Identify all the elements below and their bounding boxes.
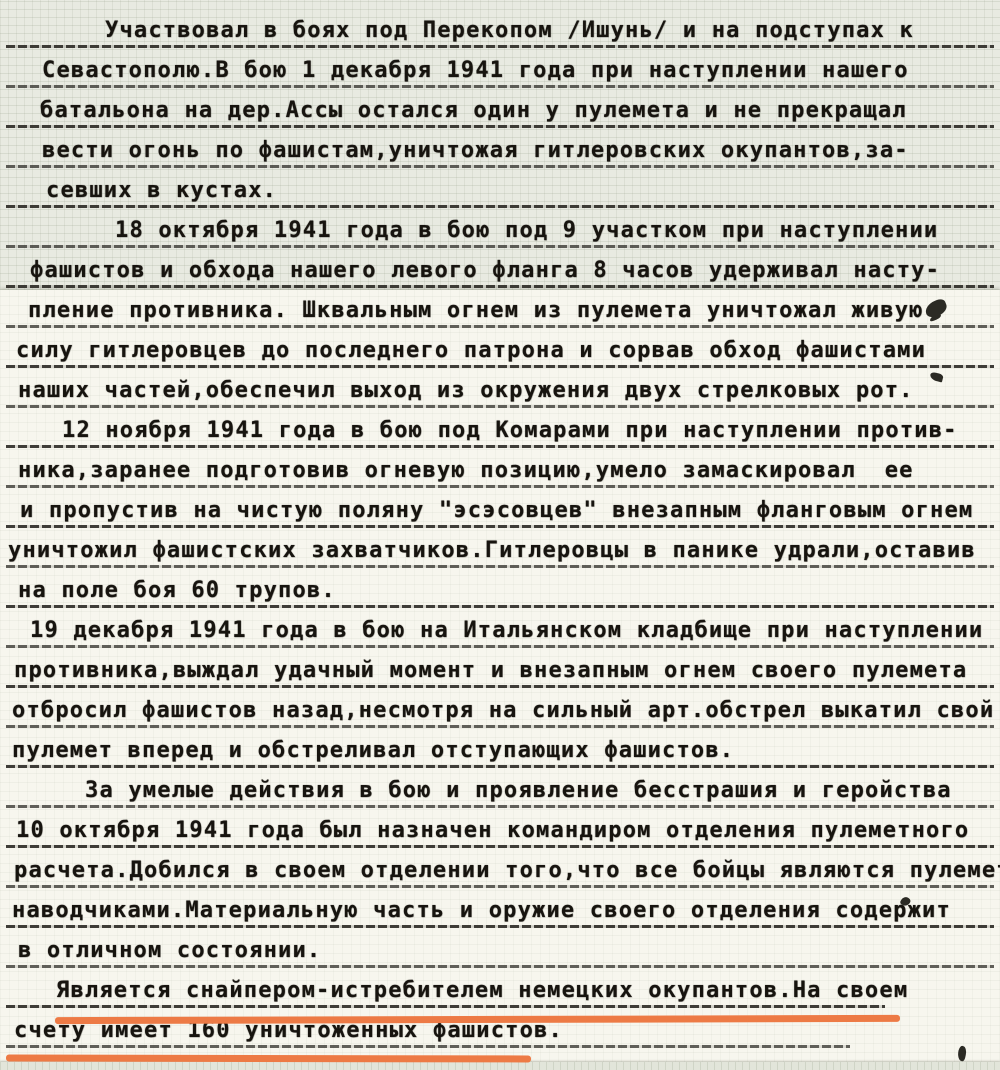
line-text: Является снайпером-истребителем немецких… [56, 978, 908, 1003]
line-text: 12 ноября 1941 года в бою под Комарами п… [62, 418, 958, 443]
text-line: севших в кустах. [0, 168, 1000, 208]
line-text: уничтожил фашистских захватчиков.Гитлеро… [8, 538, 976, 563]
line-text: противника,выждал удачный момент и внеза… [14, 658, 967, 683]
line-text: в отличном состоянии. [18, 938, 321, 963]
line-text: севших в кустах. [46, 178, 277, 203]
text-line: пулемет вперед и обстреливал отступающих… [0, 728, 1000, 768]
text-line: батальона на дер.Ассы остался один у пул… [0, 88, 1000, 128]
line-text: пление противника. Шквальным огнем из пу… [28, 298, 924, 323]
line-text: и пропустив на чистую поляну "эсэсовцев"… [20, 498, 973, 523]
text-block: Участвовал в боях под Перекопом /Ишунь/ … [0, 8, 1000, 1048]
text-line: отбросил фашистов назад,несмотря на силь… [0, 688, 1000, 728]
line-text: Участвовал в боях под Перекопом /Ишунь/ … [105, 18, 914, 43]
text-line: Участвовал в боях под Перекопом /Ишунь/ … [0, 8, 1000, 48]
line-text: 18 октября 1941 года в бою под 9 участко… [115, 218, 938, 243]
red-underline [6, 1055, 531, 1063]
line-text: Севастополю.В бою 1 декабря 1941 года пр… [42, 58, 909, 83]
line-text: наводчиками.Материальную часть и оружие … [12, 898, 951, 923]
text-line: в отличном состоянии. [0, 928, 1000, 968]
line-text: отбросил фашистов назад,несмотря на силь… [12, 698, 994, 723]
line-text: батальона на дер.Ассы остался один у пул… [40, 98, 907, 123]
text-line: на поле боя 60 трупов. [0, 568, 1000, 608]
text-line: 18 октября 1941 года в бою под 9 участко… [0, 208, 1000, 248]
line-text: фашистов и обхода нашего левого фланга 8… [30, 258, 940, 283]
line-text: расчета.Добился в своем отделении того,ч… [14, 858, 1000, 883]
text-line: Является снайпером-истребителем немецких… [0, 968, 1000, 1008]
document-scan: Участвовал в боях под Перекопом /Ишунь/ … [0, 0, 1000, 1070]
line-text: наших частей,обеспечил выход из окружени… [18, 378, 914, 403]
text-line: ника,заранее подготовив огневую позицию,… [0, 448, 1000, 488]
line-text: вести огонь по фашистам,уничтожая гитлер… [42, 138, 909, 163]
text-line: наших частей,обеспечил выход из окружени… [0, 368, 1000, 408]
text-line: противника,выждал удачный момент и внеза… [0, 648, 1000, 688]
text-line: уничтожил фашистских захватчиков.Гитлеро… [0, 528, 1000, 568]
text-line: наводчиками.Материальную часть и оружие … [0, 888, 1000, 928]
line-text: За умелые действия в бою и проявление бе… [85, 778, 952, 803]
line-text: силу гитлеровцев до последнего патрона и… [16, 338, 926, 363]
line-text: пулемет вперед и обстреливал отступающих… [12, 738, 734, 763]
paper-fragment-bottom-edge [0, 1062, 1000, 1070]
line-text: 19 декабря 1941 года в бою на Итальянско… [30, 618, 983, 643]
text-line: За умелые действия в бою и проявление бе… [0, 768, 1000, 808]
line-text: 10 октября 1941 года был назначен команд… [16, 818, 969, 843]
text-line: счету имеет 160 уничтоженных фашистов. [0, 1008, 1000, 1048]
line-text: ника,заранее подготовив огневую позицию,… [18, 458, 914, 483]
text-line: силу гитлеровцев до последнего патрона и… [0, 328, 1000, 368]
text-line: пление противника. Шквальным огнем из пу… [0, 288, 1000, 328]
text-line: расчета.Добился в своем отделении того,ч… [0, 848, 1000, 888]
text-line: вести огонь по фашистам,уничтожая гитлер… [0, 128, 1000, 168]
text-line: фашистов и обхода нашего левого фланга 8… [0, 248, 1000, 288]
text-line: Севастополю.В бою 1 декабря 1941 года пр… [0, 48, 1000, 88]
text-line: 19 декабря 1941 года в бою на Итальянско… [0, 608, 1000, 648]
text-line: 10 октября 1941 года был назначен команд… [0, 808, 1000, 848]
text-line: и пропустив на чистую поляну "эсэсовцев"… [0, 488, 1000, 528]
text-line: 12 ноября 1941 года в бою под Комарами п… [0, 408, 1000, 448]
line-text: на поле боя 60 трупов. [18, 578, 336, 603]
